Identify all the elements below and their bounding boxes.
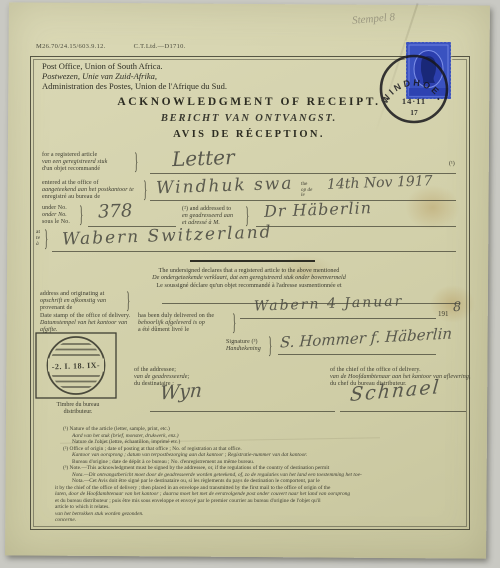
addressee-sig-nl: van de geadresseerde;	[134, 374, 190, 381]
handwritten-addressee-signature: Wyn	[159, 379, 203, 404]
number-label-nl: onder No.	[42, 212, 70, 219]
fill-line-delivered	[240, 317, 436, 319]
delivered-label: has been duly delivered on the behoorlij…	[138, 313, 214, 334]
brace: }	[232, 309, 236, 335]
handwritten-addressee: Dr Häberlin	[264, 198, 373, 221]
delivered-label-en: has been duly delivered on the	[138, 313, 214, 320]
declaration-fr: Le soussigné déclare qu'un objet recomma…	[30, 282, 468, 289]
handwritten-article: Letter	[172, 145, 235, 171]
origin-label-fr: provenant de	[40, 305, 106, 312]
place-label-fr: à	[36, 241, 40, 247]
form-reference-line: M26.70/24.15/603.9.12. C.T.Ltd.—D1710.	[36, 43, 186, 50]
caption-line-2: distributeur.	[40, 409, 116, 416]
field-number-label: under No. onder No. sous le No.	[42, 205, 70, 226]
field-article-label: for a registered article van een geregis…	[42, 152, 107, 173]
form-number: M26.70/24.15/603.9.12.	[36, 43, 106, 50]
office-label-en: entered at the office of	[42, 180, 134, 187]
footnote-line: concerne.	[55, 517, 469, 524]
title-fr: AVIS DE RÉCEPTION.	[30, 129, 468, 140]
signature-label-en: Signature (³)	[226, 339, 261, 346]
field-office-label: entered at the office of aangeteekend aa…	[42, 180, 134, 201]
fill-line-chief-signature	[340, 410, 466, 412]
issuing-authority: Post Office, Union of South Africa. Post…	[42, 61, 227, 91]
handwritten-number: 378	[98, 200, 133, 222]
year-printed: 191	[438, 310, 449, 318]
document-photo: M26.70/24.15/603.9.12. C.T.Ltd.—D1710. S…	[0, 0, 500, 568]
addressee-label-en: (²) and addressed to	[182, 206, 233, 213]
brace: }	[143, 176, 147, 202]
title-nl: BERICHT VAN ONTVANGST.	[30, 113, 468, 124]
delivered-label-nl: behoorlijk afgeleverd is op	[138, 320, 214, 327]
arrival-postmark: -2. I. 18. IX-	[45, 337, 107, 394]
the-label-stack: the op de le	[301, 182, 312, 199]
chief-sig-en: of the chief of the office of delivery.	[330, 367, 471, 374]
handwritten-year: 8	[453, 300, 462, 315]
the-fr: le	[301, 193, 312, 199]
article-label-en: for a registered article	[42, 152, 107, 159]
office-label-nl: aangeteekend aan het postkantoor te	[42, 187, 134, 194]
fill-line-addressee-signature	[150, 410, 335, 412]
caption-line-1: Timbre du bureau	[40, 402, 116, 409]
brace: }	[268, 332, 272, 358]
office-label-fr: enregistré au bureau de	[42, 194, 134, 201]
brace: }	[79, 201, 83, 227]
arrival-postmark-caption: Timbre du bureau distributeur.	[40, 402, 116, 416]
footnotes-block: (¹) Nature of the article (letter, sampl…	[55, 426, 469, 524]
authority-nl: Postwezen, Unie van Zuid-Afrika,	[42, 71, 227, 81]
signature-label-nl: Handtekening	[226, 346, 261, 353]
declaration-paragraph: The undersigned declares that a register…	[30, 267, 468, 289]
addressee-label-nl: en geadresseerd aan	[182, 213, 233, 220]
printer-reference: C.T.Ltd.—D1710.	[134, 43, 186, 50]
origin-label-nl: opschrift en afkomstig van	[40, 298, 106, 305]
origin-label: address and originating at opschrift en …	[40, 291, 106, 312]
arrival-postmark-box: -2. I. 18. IX-	[33, 331, 123, 409]
declaration-nl: De ondergeteekende verklaart, dat een ge…	[30, 274, 468, 281]
brace: }	[134, 148, 138, 174]
fill-line-place	[52, 250, 456, 252]
fill-line-addressee	[256, 225, 456, 227]
field-place-label: at te à	[36, 229, 40, 247]
article-label-fr: d'un objet recommandé	[42, 166, 107, 173]
brace: }	[44, 225, 48, 251]
authority-en: Post Office, Union of South Africa.	[42, 61, 227, 71]
origin-label-en: address and originating at	[40, 291, 106, 298]
number-label-en: under No.	[42, 205, 70, 212]
title-en: ACKNOWLEDGMENT OF RECEIPT.	[30, 96, 468, 108]
signature-label: Signature (³) Handtekening	[226, 339, 261, 353]
footnote-mark-1: (¹)	[449, 161, 455, 167]
declaration-en: The undersigned declares that a register…	[30, 267, 468, 274]
article-label-nl: van een geregistreerd stuk	[42, 159, 107, 166]
arrival-postmark-date: -2. I. 18. IX-	[52, 361, 101, 372]
authority-fr: Administration des Postes, Union de l'Af…	[42, 81, 227, 91]
section-divider	[190, 260, 315, 262]
datestamp-label-en: Date stamp of the office of delivery.	[40, 313, 132, 320]
fill-line-signature	[278, 353, 436, 355]
delivered-label-fr: a été dûment livré le	[138, 327, 214, 334]
brace: }	[126, 287, 130, 313]
addressee-sig-en: of the addressee;	[134, 367, 190, 374]
